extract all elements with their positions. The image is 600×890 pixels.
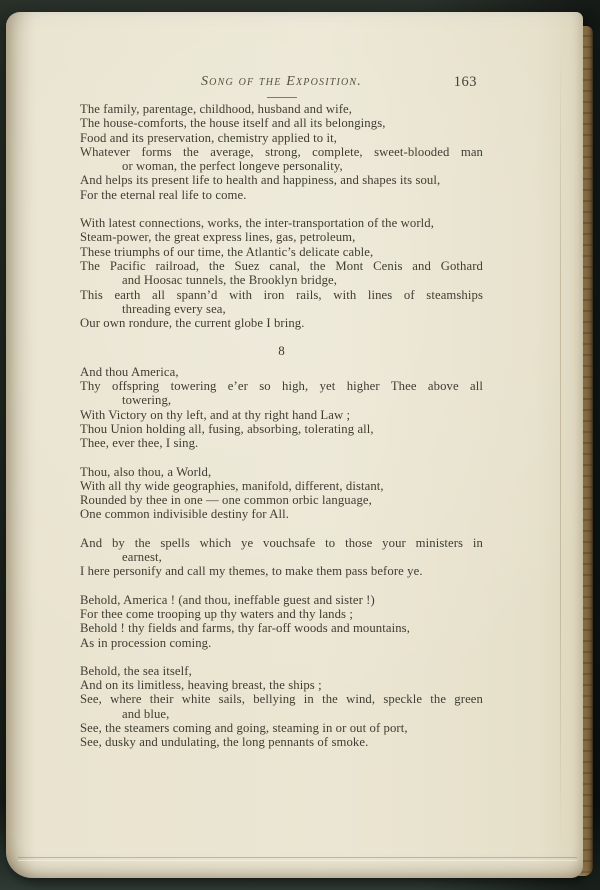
poem-line: The Pacific railroad, the Suez canal, th…: [80, 259, 483, 273]
poem-line: towering,: [80, 393, 483, 407]
book-photo: Song of the Exposition. 163 The family, …: [0, 0, 600, 890]
poem-line: And by the spells which ye vouchsafe to …: [80, 536, 483, 550]
poem-line: Behold, America ! (and thou, ineffable g…: [80, 593, 483, 607]
page-number: 163: [454, 74, 477, 90]
poem-line: As in procession coming.: [80, 636, 483, 650]
poem-line: With latest connections, works, the inte…: [80, 216, 483, 230]
stanza: The family, parentage, childhood, husban…: [80, 102, 483, 202]
poem-line: Whatever forms the average, strong, comp…: [80, 145, 483, 159]
poem-line: See, the steamers coming and going, stea…: [80, 721, 483, 735]
poem-line: or woman, the perfect longeve personalit…: [80, 159, 483, 173]
page-crease-vertical: [560, 42, 561, 848]
poem-line: With Victory on thy left, and at thy rig…: [80, 408, 483, 422]
poem-line: Behold ! thy fields and farms, thy far-o…: [80, 621, 483, 635]
poem-line: Food and its preservation, chemistry app…: [80, 131, 483, 145]
book-page: Song of the Exposition. 163 The family, …: [6, 12, 583, 878]
running-header: Song of the Exposition. 163: [80, 74, 483, 90]
poem-line: Thee, ever thee, I sing.: [80, 436, 483, 450]
poem-line: Thy offspring towering e’er so high, yet…: [80, 379, 483, 393]
poem-line: Thou, also thou, a World,: [80, 465, 483, 479]
poem-line: Rounded by thee in one — one common orbi…: [80, 493, 483, 507]
stanza: And by the spells which ye vouchsafe to …: [80, 536, 483, 579]
poem-line: Steam-power, the great express lines, ga…: [80, 230, 483, 244]
stanza: Behold, America ! (and thou, ineffable g…: [80, 593, 483, 650]
stanza: Behold, the sea itself,And on its limitl…: [80, 664, 483, 750]
section-number: 8: [80, 344, 483, 358]
poem-line: Behold, the sea itself,: [80, 664, 483, 678]
poem-line: With all thy wide geographies, manifold,…: [80, 479, 483, 493]
stanza: With latest connections, works, the inte…: [80, 216, 483, 330]
poem-line: For thee come trooping up thy waters and…: [80, 607, 483, 621]
poem-line: Thou Union holding all, fusing, absorbin…: [80, 422, 483, 436]
poem-line: These triumphs of our time, the Atlantic…: [80, 245, 483, 259]
poem-line: This earth all spann’d with iron rails, …: [80, 288, 483, 302]
page-content: Song of the Exposition. 163 The family, …: [6, 12, 583, 750]
poem-line: The house-comforts, the house itself and…: [80, 116, 483, 130]
stanza: Thou, also thou, a World,With all thy wi…: [80, 465, 483, 522]
poem-line: And helps its present life to health and…: [80, 173, 483, 187]
poem-line: See, where their white sails, bellying i…: [80, 692, 483, 706]
header-rule: [267, 97, 297, 98]
poem-line: threading every sea,: [80, 302, 483, 316]
poem-line: And on its limitless, heaving breast, th…: [80, 678, 483, 692]
poem-line: See, dusky and undulating, the long penn…: [80, 735, 483, 749]
stanza: And thou America,Thy offspring towering …: [80, 365, 483, 451]
poem-line: For the eternal real life to come.: [80, 188, 483, 202]
poem-line: The family, parentage, childhood, husban…: [80, 102, 483, 116]
page-crease-bottom: [18, 857, 577, 861]
poem-line: and Hoosac tunnels, the Brooklyn bridge,: [80, 273, 483, 287]
poem-line: and blue,: [80, 707, 483, 721]
poem-line: One common indivisible destiny for All.: [80, 507, 483, 521]
running-title: Song of the Exposition.: [201, 74, 362, 89]
poem: The family, parentage, childhood, husban…: [80, 102, 483, 750]
poem-line: Our own rondure, the current globe I bri…: [80, 316, 483, 330]
poem-line: earnest,: [80, 550, 483, 564]
poem-line: I here personify and call my themes, to …: [80, 564, 483, 578]
poem-line: And thou America,: [80, 365, 483, 379]
